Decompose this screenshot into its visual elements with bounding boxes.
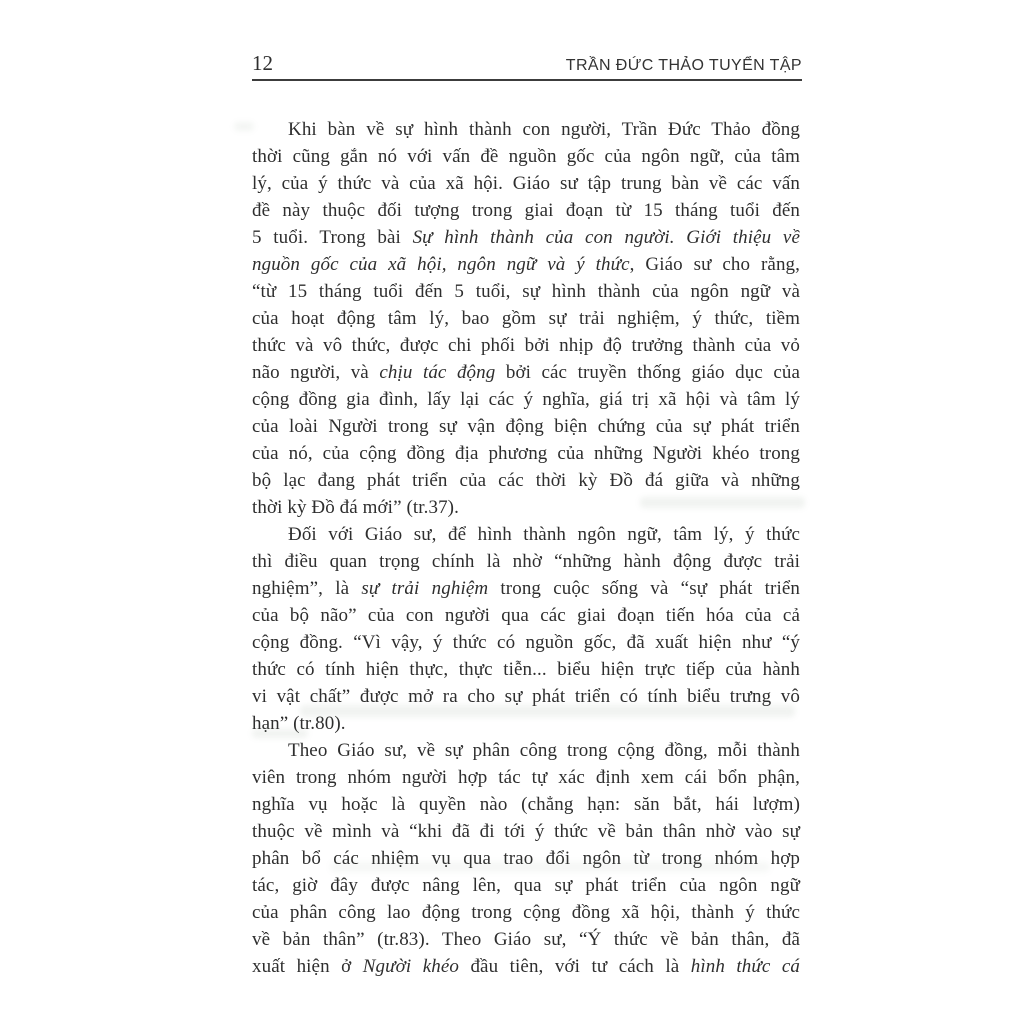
text-segment: não người, và: [252, 362, 379, 383]
text-segment: tác, giờ đây được nâng lên, qua sự phát …: [252, 875, 800, 896]
text-segment: của bộ não” của con người qua các giai đ…: [252, 605, 800, 626]
text-segment: thời kỳ Đồ đá mới” (tr.37).: [252, 497, 459, 518]
text-line: thuộc về mình và “khi đã đi tới ý thức v…: [252, 818, 800, 845]
text-segment: của loài Người trong sự vận động biện ch…: [252, 416, 800, 437]
text-segment: Theo Giáo sư, về sự phân công trong cộng…: [288, 740, 800, 761]
text-line: Theo Giáo sư, về sự phân công trong cộng…: [252, 737, 800, 764]
text-body: Khi bàn về sự hình thành con người, Trần…: [252, 116, 800, 980]
italic-text-segment: sự trải nghiệm: [361, 578, 488, 599]
book-title: TRẦN ĐỨC THẢO TUYỂN TẬP: [566, 58, 802, 74]
book-page: 12 TRẦN ĐỨC THẢO TUYỂN TẬP Khi bàn về sự…: [0, 0, 1024, 1024]
text-line: não người, và chịu tác động bởi các truy…: [252, 359, 800, 386]
text-line: cộng đồng gia đình, lấy lại các ý nghĩa,…: [252, 386, 800, 413]
text-line: Khi bàn về sự hình thành con người, Trần…: [252, 116, 800, 143]
italic-text-segment: Sự hình thành của con người. Giới thiệu …: [413, 227, 800, 248]
text-line: thời kỳ Đồ đá mới” (tr.37).: [252, 494, 800, 521]
text-segment: hạn” (tr.80).: [252, 713, 346, 734]
text-line: của phân công lao động trong cộng đồng x…: [252, 899, 800, 926]
text-line: nghĩa vụ hoặc là quyền nào (chẳng hạn: s…: [252, 791, 800, 818]
text-segment: thuộc về mình và “khi đã đi tới ý thức v…: [252, 821, 800, 842]
text-line: vi vật chất” được mở ra cho sự phát triể…: [252, 683, 800, 710]
text-segment: trong cuộc sống và “sự phát triển: [488, 578, 800, 599]
text-line: lý, của ý thức và của xã hội. Giáo sư tậ…: [252, 170, 800, 197]
italic-text-segment: nguồn gốc của xã hội, ngôn ngữ và ý thức: [252, 254, 630, 275]
text-line: 5 tuổi. Trong bài Sự hình thành của con …: [252, 224, 800, 251]
text-line: về bản thân” (tr.83). Theo Giáo sư, “Ý t…: [252, 926, 800, 953]
italic-text-segment: hình thức cá: [691, 956, 800, 977]
text-segment: Khi bàn về sự hình thành con người, Trần…: [288, 119, 800, 140]
text-line: Đối với Giáo sư, để hình thành ngôn ngữ,…: [252, 521, 800, 548]
text-segment: , Giáo sư cho rằng,: [630, 254, 800, 275]
text-segment: cộng đồng. “Vì vậy, ý thức có nguồn gốc,…: [252, 632, 800, 653]
text-segment: của phân công lao động trong cộng đồng x…: [252, 902, 800, 923]
running-header: 12 TRẦN ĐỨC THẢO TUYỂN TẬP: [252, 50, 802, 81]
text-segment: về bản thân” (tr.83). Theo Giáo sư, “Ý t…: [252, 929, 800, 950]
paragraph: Khi bàn về sự hình thành con người, Trần…: [252, 116, 800, 521]
text-line: của bộ não” của con người qua các giai đ…: [252, 602, 800, 629]
text-segment: cộng đồng gia đình, lấy lại các ý nghĩa,…: [252, 389, 800, 410]
text-line: “từ 15 tháng tuổi đến 5 tuổi, sự hình th…: [252, 278, 800, 305]
text-line: cộng đồng. “Vì vậy, ý thức có nguồn gốc,…: [252, 629, 800, 656]
text-segment: thức có tính hiện thực, thực tiễn... biể…: [252, 659, 800, 680]
text-line: xuất hiện ở Người khéo đầu tiên, với tư …: [252, 953, 800, 980]
text-segment: vi vật chất” được mở ra cho sự phát triể…: [252, 686, 800, 707]
text-segment: thời cũng gắn nó với vấn đề nguồn gốc củ…: [252, 146, 800, 167]
text-line: của nó, của cộng đồng địa phương của nhữ…: [252, 440, 800, 467]
text-segment: của nó, của cộng đồng địa phương của nhữ…: [252, 443, 800, 464]
text-segment: phân bổ các nhiệm vụ qua trao đổi ngôn t…: [252, 848, 800, 869]
text-segment: nghiệm”, là: [252, 578, 361, 599]
text-line: nghiệm”, là sự trải nghiệm trong cuộc số…: [252, 575, 800, 602]
text-segment: đầu tiên, với tư cách là: [459, 956, 691, 977]
text-segment: viên trong nhóm người hợp tác tự xác địn…: [252, 767, 800, 788]
italic-text-segment: chịu tác động: [379, 362, 495, 383]
text-segment: bộ lạc đang phát triển của các thời kỳ Đ…: [252, 470, 800, 491]
text-line: hạn” (tr.80).: [252, 710, 800, 737]
text-segment: của hoạt động tâm lý, bao gồm sự trải ng…: [252, 308, 800, 329]
paragraph: Theo Giáo sư, về sự phân công trong cộng…: [252, 737, 800, 980]
italic-text-segment: Người khéo: [363, 956, 459, 977]
text-line: thời cũng gắn nó với vấn đề nguồn gốc củ…: [252, 143, 800, 170]
text-segment: thức và vô thức, được chi phối bởi nhịp …: [252, 335, 800, 356]
text-line: của hoạt động tâm lý, bao gồm sự trải ng…: [252, 305, 800, 332]
text-segment: Đối với Giáo sư, để hình thành ngôn ngữ,…: [288, 524, 800, 545]
text-line: tác, giờ đây được nâng lên, qua sự phát …: [252, 872, 800, 899]
text-line: thức có tính hiện thực, thực tiễn... biể…: [252, 656, 800, 683]
page-number: 12: [252, 53, 273, 74]
text-line: nguồn gốc của xã hội, ngôn ngữ và ý thức…: [252, 251, 800, 278]
text-line: bộ lạc đang phát triển của các thời kỳ Đ…: [252, 467, 800, 494]
text-segment: xuất hiện ở: [252, 956, 363, 977]
text-segment: “từ 15 tháng tuổi đến 5 tuổi, sự hình th…: [252, 281, 800, 302]
text-segment: bởi các truyền thống giáo dục của: [495, 362, 800, 383]
text-segment: nghĩa vụ hoặc là quyền nào (chẳng hạn: s…: [252, 794, 800, 815]
text-line: phân bổ các nhiệm vụ qua trao đổi ngôn t…: [252, 845, 800, 872]
text-segment: thì điều quan trọng chính là nhờ “những …: [252, 551, 800, 572]
text-line: của loài Người trong sự vận động biện ch…: [252, 413, 800, 440]
text-segment: đề này thuộc đối tượng trong giai đoạn t…: [252, 200, 800, 221]
paragraph: Đối với Giáo sư, để hình thành ngôn ngữ,…: [252, 521, 800, 737]
text-line: thì điều quan trọng chính là nhờ “những …: [252, 548, 800, 575]
text-line: viên trong nhóm người hợp tác tự xác địn…: [252, 764, 800, 791]
text-line: thức và vô thức, được chi phối bởi nhịp …: [252, 332, 800, 359]
text-segment: lý, của ý thức và của xã hội. Giáo sư tậ…: [252, 173, 800, 194]
text-line: đề này thuộc đối tượng trong giai đoạn t…: [252, 197, 800, 224]
text-segment: 5 tuổi. Trong bài: [252, 227, 413, 248]
scan-bleed-artifact: [234, 122, 254, 131]
